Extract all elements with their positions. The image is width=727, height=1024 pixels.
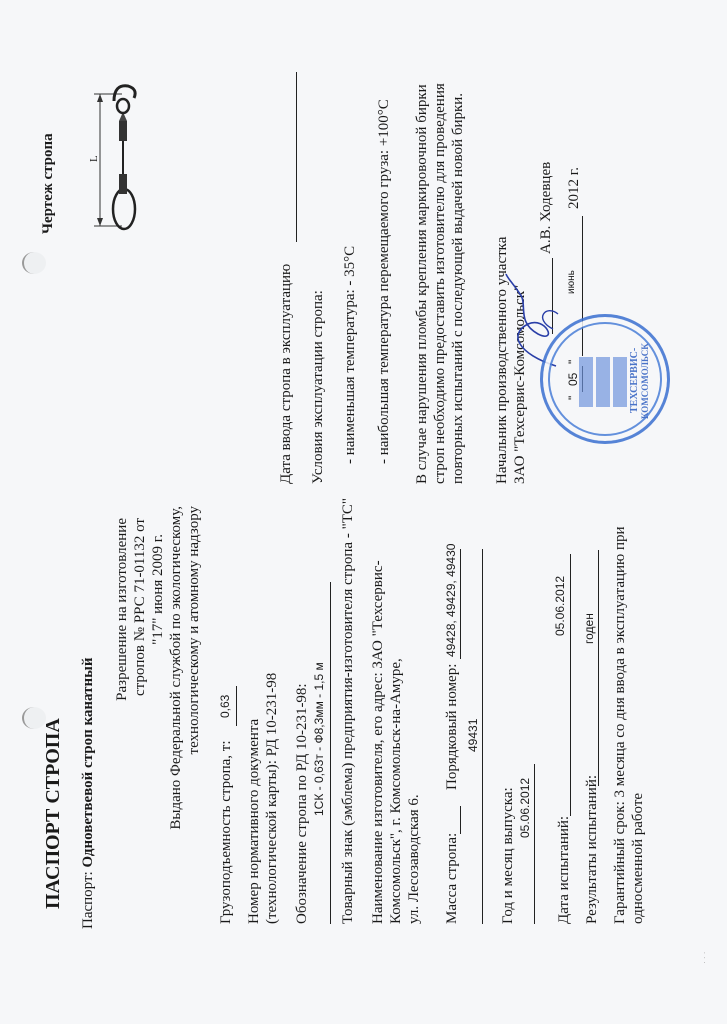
designation-label: Обозначение стропа по РД 10-231-98: xyxy=(294,683,311,924)
drawing-title: Чертеж стропа xyxy=(40,133,57,234)
test-date-label: Дата испытаний: xyxy=(556,816,573,924)
passport-value: Одноветвевой строп канатный xyxy=(80,657,96,867)
test-result-underline xyxy=(598,550,599,786)
test-result-label: Результаты испытаний: xyxy=(584,775,601,924)
min-temp: - наименьшая температура: - 35°С xyxy=(342,246,359,464)
passport-label: Паспорт: xyxy=(80,871,96,929)
passport-type: Паспорт: Одноветвевой строп канатный xyxy=(80,657,97,929)
serial-label: Порядковый номер: xyxy=(444,664,461,790)
serial-value-2: 49431 xyxy=(466,719,480,752)
warranty-line-2: односменной работе xyxy=(630,793,647,924)
manufacturer-line-2: Комсомольск", г. Комсомольск-на-Амуре, xyxy=(388,658,405,924)
test-date-value: 05.06.2012 xyxy=(553,576,567,636)
designation-value: 1СК - 0,63т - Ф8,3мм - 1,5 м xyxy=(312,662,326,816)
trademark: Товарный знак (эмблема) предприятия-изго… xyxy=(340,498,357,924)
scan-artifact: · · · xyxy=(700,952,709,964)
serial-underline-1 xyxy=(460,549,461,659)
norm-doc-line-1: Номер нормативного документа xyxy=(246,719,263,924)
company-stamp: ТЕХСЕРВИС- КОМСОМОЛЬСК xyxy=(540,314,670,444)
capacity-underline xyxy=(236,686,237,726)
manufacturer-line-3: ул. Лесозаводская 6. xyxy=(406,794,423,924)
capacity-value: 0,63 xyxy=(218,695,232,718)
release-underline xyxy=(534,764,535,924)
date-year: 2012 г. xyxy=(566,167,583,209)
stamp-center-line-2: КОМСОМОЛЬСК xyxy=(640,343,650,419)
stamp-emblem xyxy=(577,357,627,407)
release-value: 05.06.2012 xyxy=(518,778,532,838)
stamp-center-line-1: ТЕХСЕРВИС- xyxy=(629,348,640,413)
max-temp: - наибольшая температура перемещаемого г… xyxy=(376,99,393,464)
test-result-value: годен xyxy=(582,613,596,644)
seal-notice-line-1: В случае нарушения пломбы крепления марк… xyxy=(414,84,431,484)
serial-value-1: 49428, 49429, 49430 xyxy=(444,544,458,657)
passport-sheet: ПАСПОРТ СТРОПА Паспорт: Одноветвевой стр… xyxy=(0,0,727,1024)
page-title: ПАСПОРТ СТРОПА xyxy=(42,718,65,909)
commissioning-underline xyxy=(296,72,297,242)
serial-underline-2 xyxy=(482,549,483,924)
permit-line-4: Выдано Федеральной службой по экологичес… xyxy=(168,506,185,874)
chief-name: А.В. Ходевцев xyxy=(538,162,555,254)
designation-underline xyxy=(330,582,331,924)
warranty-line-1: Гарантийный срок: 3 месяца со дня ввода … xyxy=(612,526,629,924)
test-date-underline xyxy=(570,554,571,816)
permit-line-5: технологическому и атомному надзору xyxy=(186,506,203,874)
date-month: июнь xyxy=(566,270,577,294)
seal-notice-line-2: строп необходимо предоставить изготовите… xyxy=(432,83,449,484)
capacity-label: Грузоподъемность стропа, т: xyxy=(218,740,235,924)
commissioning-label: Дата ввода стропа в эксплуатацию xyxy=(278,264,295,484)
permit-line-1: Разрешение на изготовление xyxy=(114,518,131,814)
permit-line-2: стропов № РРС 71-01132 от xyxy=(132,518,149,814)
mass-label: Масса стропа: xyxy=(444,833,461,924)
conditions-label: Условия эксплуатации стропа: xyxy=(310,290,327,484)
punch-hole-right xyxy=(22,252,46,274)
seal-notice-line-3: повторных испытаний с последующей выдаче… xyxy=(450,93,467,484)
manufacturer-line-1: Наименование изготовителя, его адрес: ЗА… xyxy=(370,560,387,924)
drawing-dim-label: L xyxy=(88,155,100,162)
release-label: Год и месяц выпуска: xyxy=(500,787,517,924)
norm-doc-line-2: (технологической карты): РД 10-231-98 xyxy=(264,673,281,924)
permit-line-3: "17" июня 2009 г. xyxy=(150,534,167,814)
mass-underline xyxy=(460,806,461,834)
